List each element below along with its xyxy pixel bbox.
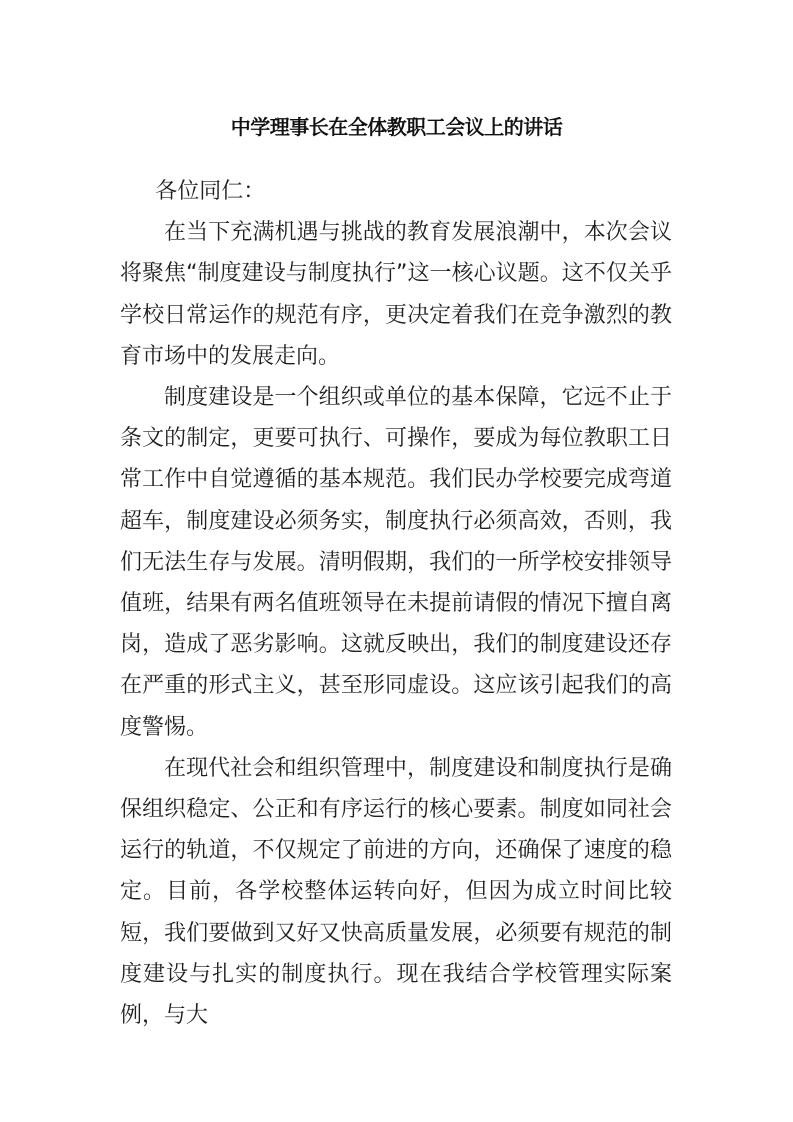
paragraph-1: 在当下充满机遇与挑战的教育发展浪潮中，本次会议将聚焦“制度建设与制度执行”这一核… xyxy=(120,212,672,377)
document-page: 中学理事长在全体教职工会议上的讲话 各位同仁： 在当下充满机遇与挑战的教育发展浪… xyxy=(0,0,793,1122)
salutation: 各位同仁： xyxy=(120,171,672,212)
paragraph-3: 在现代社会和组织管理中，制度建设和制度执行是确保组织稳定、公正和有序运行的核心要… xyxy=(120,748,672,1036)
paragraph-2: 制度建设是一个组织或单位的基本保障，它远不止于条文的制定，更要可执行、可操作，要… xyxy=(120,377,672,748)
document-title: 中学理事长在全体教职工会议上的讲话 xyxy=(0,113,793,141)
document-body: 各位同仁： 在当下充满机遇与挑战的教育发展浪潮中，本次会议将聚焦“制度建设与制度… xyxy=(120,171,672,1036)
